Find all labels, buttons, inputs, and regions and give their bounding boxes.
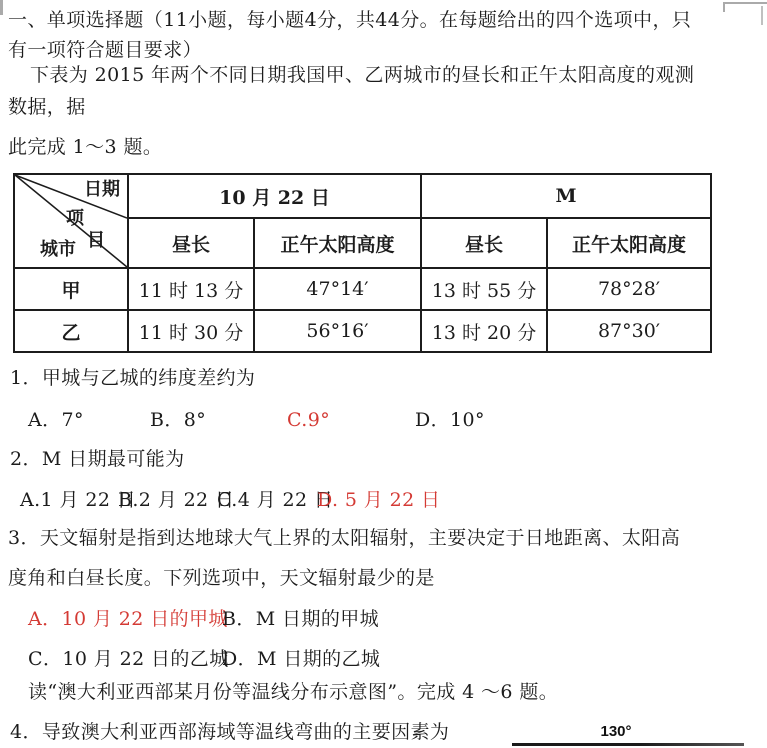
q3-option-a: A．10 月 22 日的甲城 — [28, 608, 228, 631]
table-corner-cell: 日期 项 目 城市 — [14, 174, 128, 268]
city-name-jia: 甲 — [14, 268, 128, 310]
intro-line3: 此完成 1～3 题。 — [8, 136, 767, 159]
yi-daylength-m: 13 时 20 分 — [421, 310, 547, 352]
q3-option-d: D．M 日期的乙城 — [222, 648, 380, 671]
q1-option-d: D．10° — [415, 409, 485, 432]
edge-artifact-right — [761, 6, 763, 25]
q3-option-c: C．10 月 22 日的乙城 — [28, 648, 229, 671]
question-4-stem: 4．导致澳大利亚西部海域等温线弯曲的主要因素为 — [10, 721, 767, 744]
q1-option-b: B．8° — [150, 409, 206, 432]
map-top-border-line — [512, 743, 744, 746]
jia-altitude-m: 78°28′ — [547, 268, 711, 310]
q1-option-c: C.9° — [287, 409, 330, 432]
yi-daylength-oct22: 11 时 30 分 — [128, 310, 254, 352]
textbox-edge-artifact-top-left — [0, 0, 3, 15]
corner-label-item-char2: 目 — [87, 231, 105, 251]
corner-label-item-char1: 项 — [66, 209, 84, 229]
date-header-m: M — [421, 174, 711, 218]
question-1-stem: 1．甲城与乙城的纬度差约为 — [10, 367, 767, 390]
subheader-noon-altitude-2: 正午太阳高度 — [547, 218, 711, 268]
date-header-oct22: 10 月 22 日 — [128, 174, 421, 218]
city-name-yi: 乙 — [14, 310, 128, 352]
jia-altitude-oct22: 47°14′ — [254, 268, 421, 310]
yi-altitude-oct22: 56°16′ — [254, 310, 421, 352]
table-row-city-yi: 乙 11 时 30 分 56°16′ 13 时 20 分 87°30′ — [14, 310, 711, 352]
q2-option-c: C.4 月 22 日 — [217, 489, 333, 512]
exam-document-page: 一、单项选择题（11小题，每小题4分，共44分。在每题给出的四个选项中，只 有一… — [0, 0, 767, 748]
corner-label-city: 城市 — [40, 240, 76, 260]
table-row-city-jia: 甲 11 时 13 分 47°14′ 13 时 55 分 78°28′ — [14, 268, 711, 310]
subheader-noon-altitude-1: 正午太阳高度 — [254, 218, 421, 268]
jia-daylength-m: 13 时 55 分 — [421, 268, 547, 310]
question-2-stem: 2．M 日期最可能为 — [10, 448, 767, 471]
q1-option-a: A．7° — [28, 409, 84, 432]
q3-option-b: B．M 日期的甲城 — [222, 608, 379, 631]
section-heading-line2: 有一项符合题目要求） — [8, 39, 767, 62]
passage-2-text: 读“澳大利亚西部某月份等温线分布示意图”。完成 4 ～6 题。 — [28, 681, 767, 704]
yi-altitude-m: 87°30′ — [547, 310, 711, 352]
subheader-daylength-2: 昼长 — [421, 218, 547, 268]
q2-option-d: D. 5 月 22 日 — [317, 489, 440, 512]
map-longitude-label: 130° — [586, 723, 646, 740]
subheader-daylength-1: 昼长 — [128, 218, 254, 268]
jia-daylength-oct22: 11 时 13 分 — [128, 268, 254, 310]
observation-data-table: 日期 项 目 城市 10 月 22 日 M 昼长 正午太阳高度 昼长 正午太阳高… — [13, 173, 712, 353]
question-3-stem-line1: 3．天文辐射是指到达地球大气上界的太阳辐射，主要决定于日地距离、太阳高 — [8, 527, 767, 550]
intro-line2: 数据，据 — [8, 96, 767, 119]
question-3-stem-line2: 度角和白昼长度。下列选项中，天文辐射最少的是 — [8, 567, 767, 590]
intro-line1: 下表为 2015 年两个不同日期我国甲、乙两城市的昼长和正午太阳高度的观测 — [30, 64, 767, 87]
section-heading-line1: 一、单项选择题（11小题，每小题4分，共44分。在每题给出的四个选项中，只 — [8, 9, 767, 32]
corner-label-date: 日期 — [84, 180, 120, 200]
